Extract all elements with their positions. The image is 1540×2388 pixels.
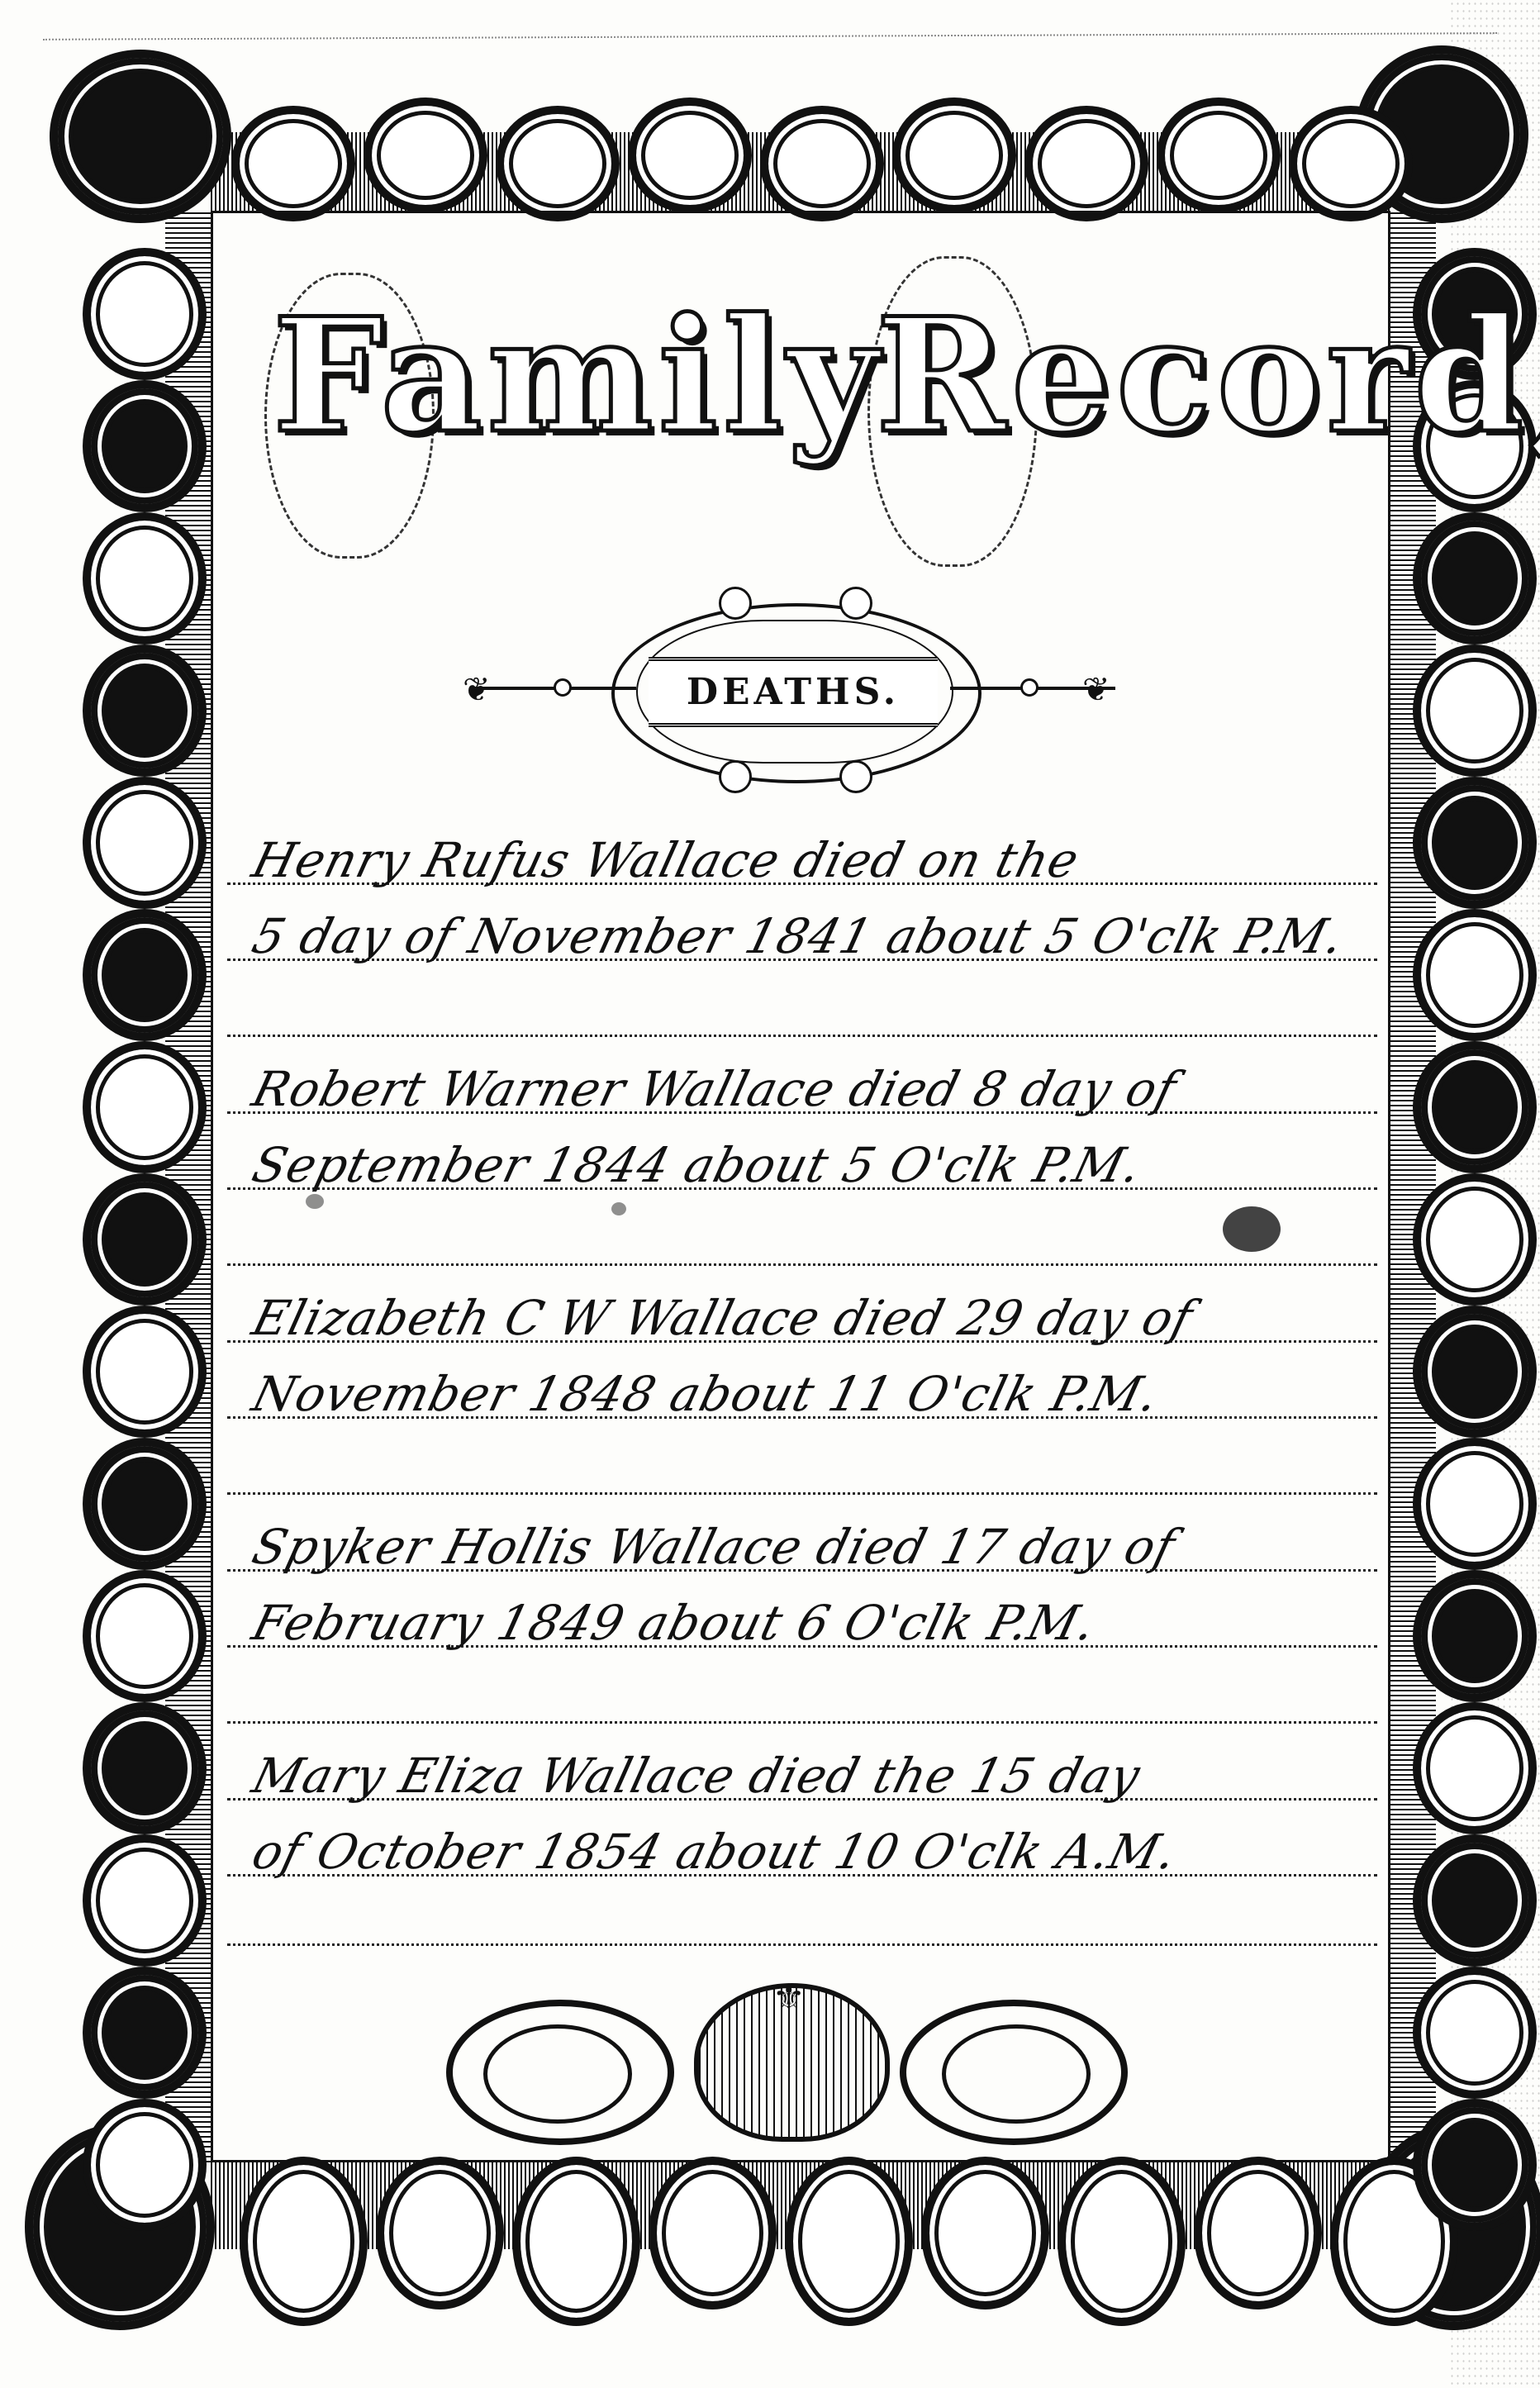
acanthus-scroll-icon	[512, 2157, 640, 2326]
acanthus-scroll-icon	[83, 1438, 207, 1570]
acanthus-scroll-ornament-icon: ⚜	[446, 1983, 1128, 2136]
acanthus-scroll-icon	[364, 98, 487, 213]
acanthus-scroll-icon	[649, 2157, 777, 2310]
acanthus-scroll-icon	[1413, 1041, 1537, 1173]
acanthus-scroll-icon	[1413, 1967, 1537, 2099]
acanthus-scroll-icon	[83, 1173, 207, 1306]
death-entry-5-line1: Mary Eliza Wallace died the 15 day	[248, 1752, 1383, 1800]
acanthus-scroll-icon	[1194, 2157, 1322, 2310]
ruled-line	[227, 1721, 1377, 1724]
acanthus-scroll-icon	[83, 1967, 207, 2099]
acanthus-scroll-icon	[83, 512, 207, 645]
acanthus-scroll-icon	[1413, 512, 1537, 645]
acanthus-scroll-icon	[83, 909, 207, 1041]
acanthus-scroll-icon	[83, 777, 207, 909]
cartouche-knob-icon	[554, 678, 572, 697]
cartouche-knob-icon	[1020, 678, 1039, 697]
leaf-icon: ❦	[1082, 673, 1110, 706]
acanthus-scroll-icon	[1289, 106, 1413, 221]
ruled-line	[227, 1263, 1377, 1266]
acanthus-scroll-icon	[496, 106, 620, 221]
ruled-line	[227, 1492, 1377, 1495]
death-entry-3-line2: November 1848 about 11 O'clk P.M.	[248, 1370, 1383, 1418]
acanthus-scroll-icon	[1024, 106, 1148, 221]
death-entry-4-line1: Spyker Hollis Wallace died 17 day of	[248, 1523, 1383, 1571]
death-entry-4-line2: February 1849 about 6 O'clk P.M.	[248, 1599, 1383, 1647]
death-entry-1-line1: Henry Rufus Wallace died on the	[248, 836, 1383, 884]
rosette-icon	[839, 760, 872, 793]
title-word-record: Record,	[876, 297, 1540, 454]
acanthus-scroll-icon	[1413, 1570, 1537, 1702]
acanthus-scroll-icon	[1413, 909, 1537, 1041]
acanthus-scroll-icon	[1413, 1438, 1537, 1570]
acanthus-scroll-icon	[231, 106, 355, 221]
ruled-line	[227, 1943, 1377, 1946]
ruled-line	[227, 1035, 1377, 1037]
death-entry-5-line2: of October 1854 about 10 O'clk A.M.	[248, 1828, 1383, 1876]
acanthus-scroll-icon	[921, 2157, 1049, 2310]
acanthus-scroll-icon	[376, 2157, 504, 2310]
scroll-inner-right	[942, 2024, 1091, 2124]
acanthus-scroll-icon	[628, 98, 752, 213]
acanthus-scroll-icon	[83, 248, 207, 380]
acanthus-scroll-icon	[83, 1702, 207, 1834]
acanthus-scroll-icon	[240, 2157, 368, 2326]
acanthus-scroll-icon	[83, 1306, 207, 1438]
acanthus-scroll-icon	[83, 1041, 207, 1173]
leaf-icon: ❦	[463, 673, 491, 706]
title-word-family: Family	[273, 297, 883, 454]
scroll-inner-left	[483, 2024, 632, 2124]
death-entry-2-line1: Robert Warner Wallace died 8 day of	[248, 1065, 1383, 1113]
acanthus-scroll-icon	[1413, 1173, 1537, 1306]
rosette-icon	[719, 760, 752, 793]
rosette-icon	[839, 587, 872, 620]
page-title: Family Record,	[248, 248, 1363, 545]
acanthus-scroll-icon	[83, 380, 207, 512]
ink-stain	[611, 1202, 626, 1215]
acanthus-scroll-icon	[1413, 2099, 1537, 2231]
fleur-de-lis-icon: ⚜	[772, 1977, 805, 2019]
acanthus-scroll-icon	[760, 106, 884, 221]
acanthus-scroll-icon	[1413, 1702, 1537, 1834]
death-entry-1-line2: 5 day of November 1841 about 5 O'clk P.M…	[248, 912, 1383, 960]
acanthus-scroll-icon	[83, 1834, 207, 1967]
acanthus-scroll-icon	[83, 1570, 207, 1702]
acanthus-scroll-icon	[785, 2157, 913, 2326]
ink-stain	[306, 1194, 324, 1209]
death-entry-3-line1: Elizabeth C W Wallace died 29 day of	[248, 1294, 1383, 1342]
rosette-icon	[719, 587, 752, 620]
acanthus-scroll-icon	[1157, 98, 1281, 213]
acanthus-scroll-icon	[1413, 645, 1537, 777]
ink-stain	[1223, 1206, 1281, 1252]
acanthus-scroll-icon	[1413, 777, 1537, 909]
acanthus-scroll-icon	[1413, 1834, 1537, 1967]
acanthus-scroll-icon	[1413, 1306, 1537, 1438]
acanthus-scroll-icon	[50, 50, 231, 223]
death-entry-2-line2: September 1844 about 5 O'clk P.M.	[248, 1141, 1383, 1189]
acanthus-scroll-icon	[83, 645, 207, 777]
section-label: DEATHS.	[649, 657, 938, 727]
acanthus-scroll-icon	[892, 98, 1016, 213]
acanthus-scroll-icon	[83, 2099, 207, 2231]
section-label-text: DEATHS.	[687, 671, 900, 713]
acanthus-scroll-icon	[1058, 2157, 1186, 2326]
section-cartouche: ❦ ❦ DEATHS.	[446, 591, 1140, 789]
